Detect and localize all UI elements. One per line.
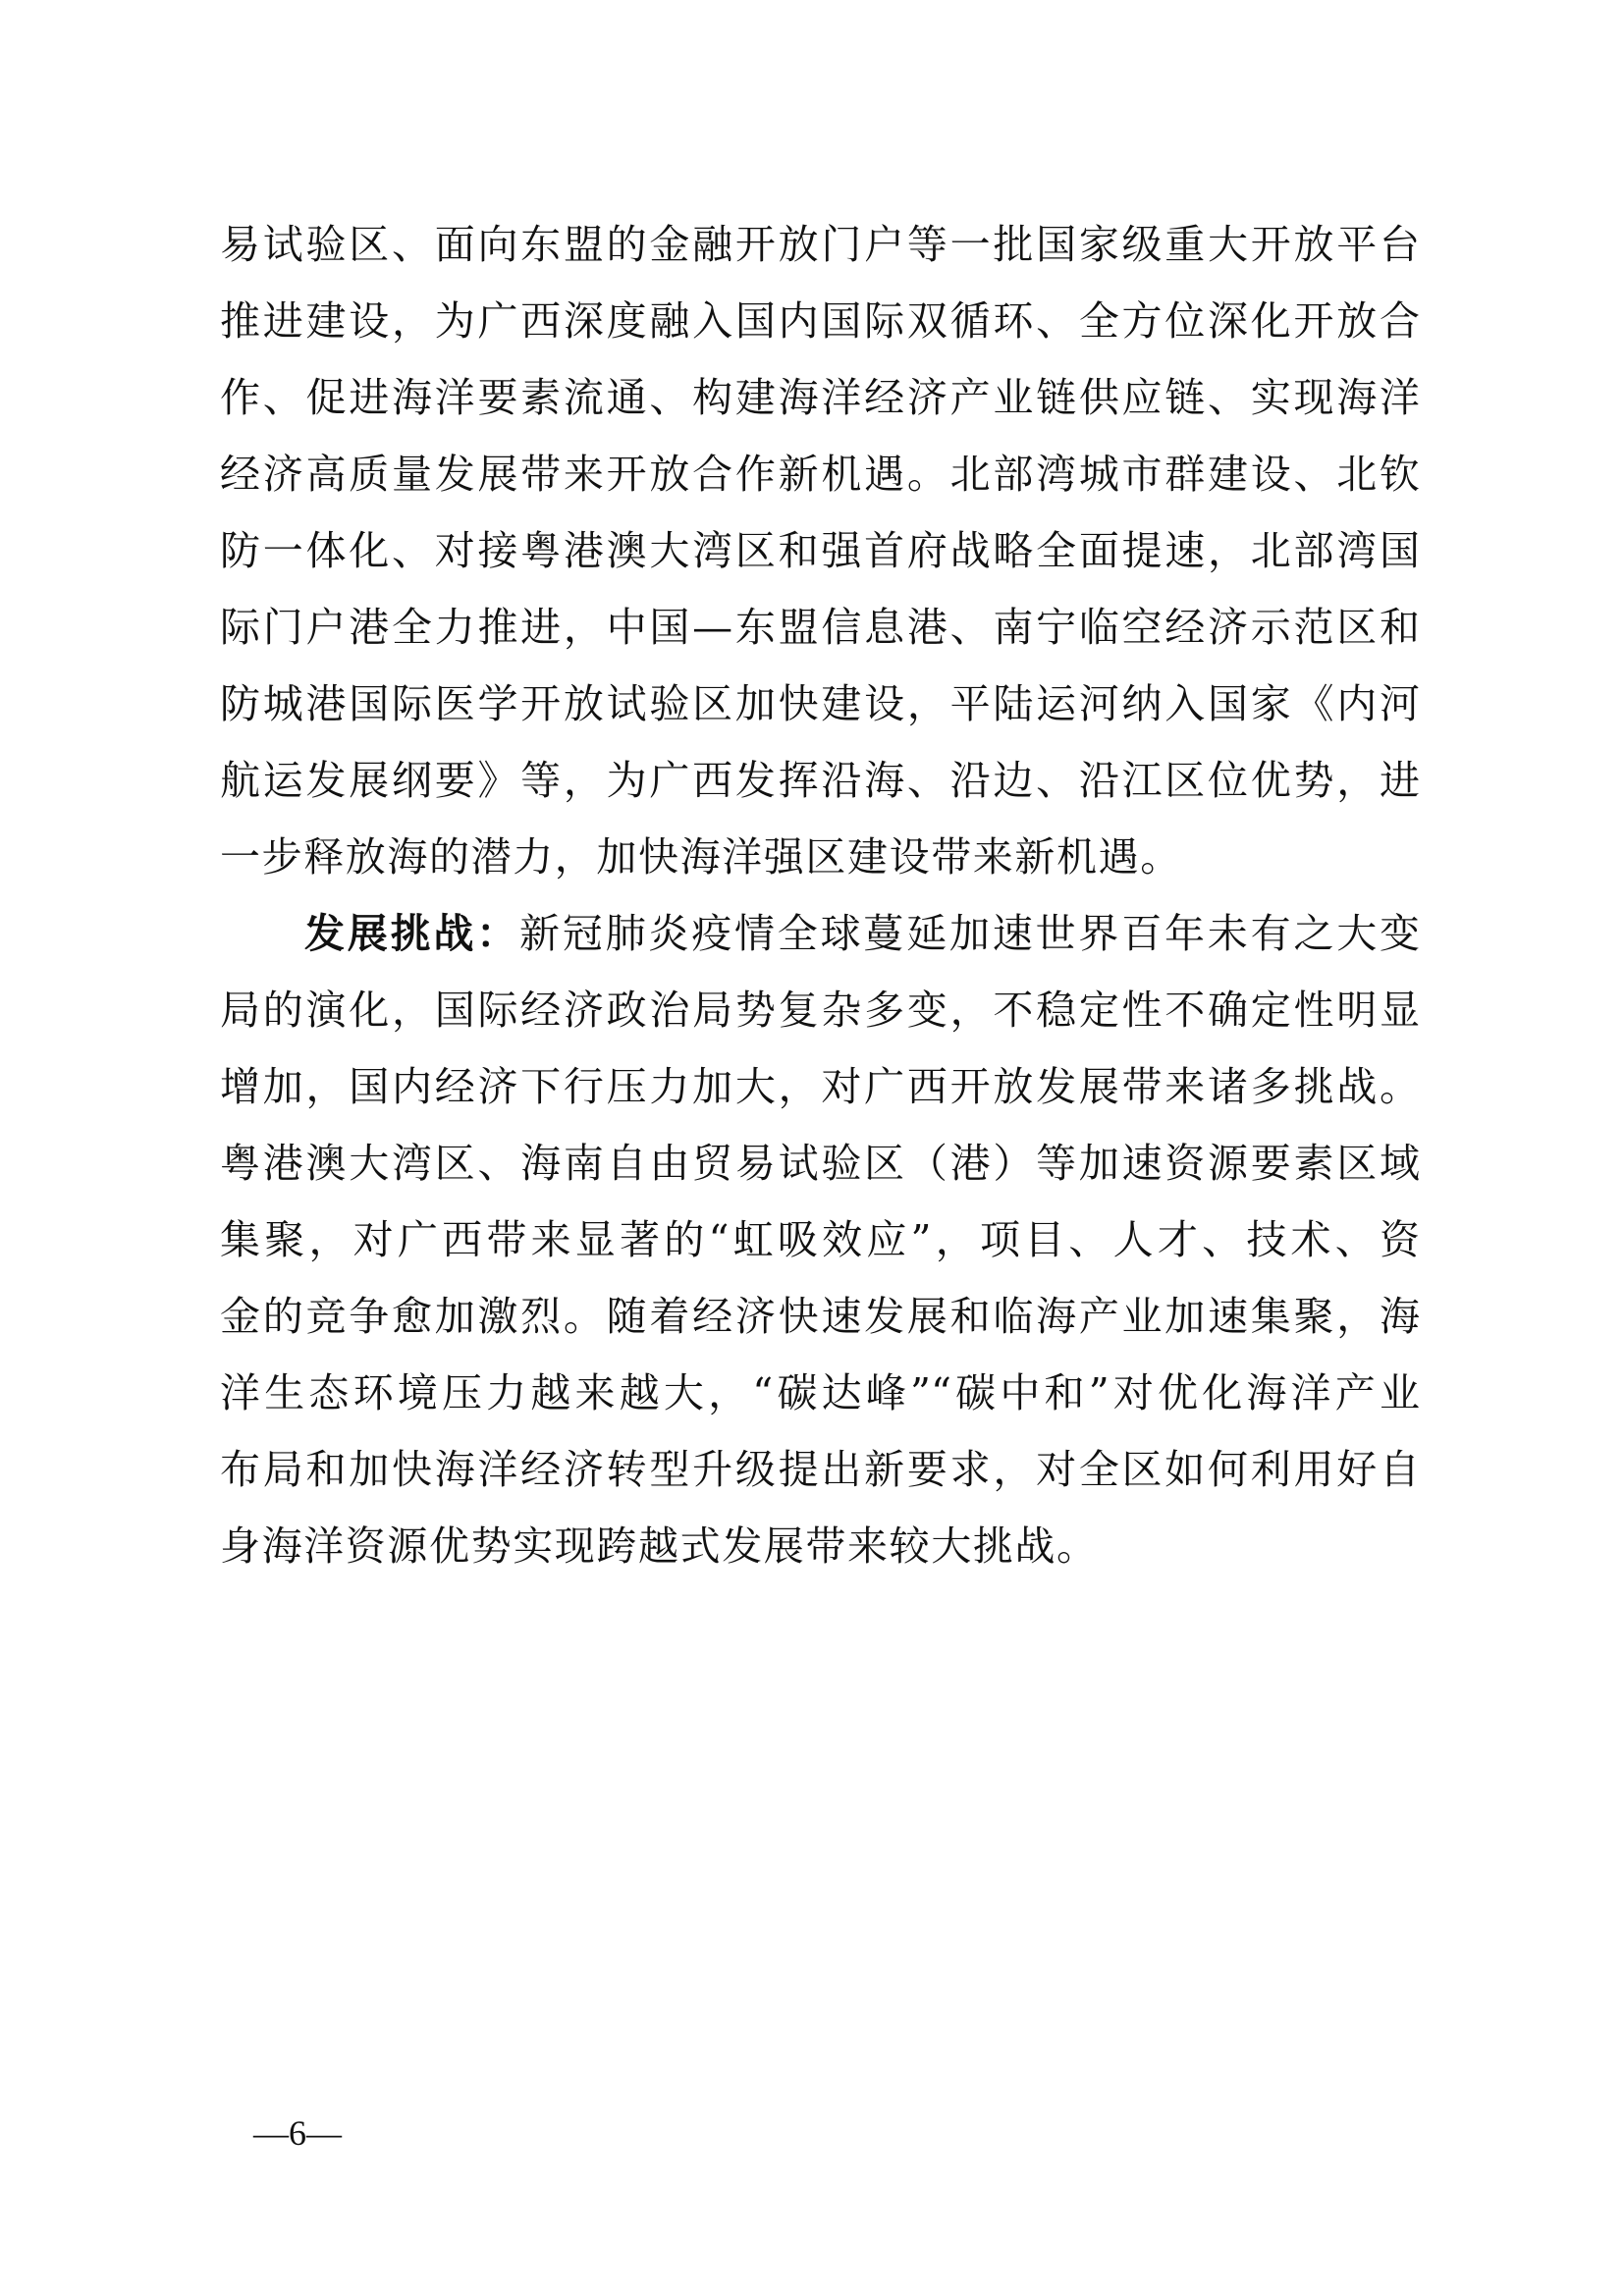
text-line: 洋生态环境压力越来越大，“碳达峰”“碳中和”对优化海洋产业	[220, 1362, 1420, 1439]
text-line: 局的演化，国际经济政治局势复杂多变，不稳定性不确定性明显	[220, 980, 1420, 1056]
text-line: 防一体化、对接粤港澳大湾区和强首府战略全面提速，北部湾国	[220, 520, 1420, 597]
text-line-rest: 新冠肺炎疫情全球蔓延加速世界百年未有之大变	[519, 910, 1420, 957]
text-line: 布局和加快海洋经济转型升级提出新要求，对全区如何利用好自	[220, 1439, 1420, 1516]
paragraph-development-challenges: 发展挑战：新冠肺炎疫情全球蔓延加速世界百年未有之大变 局的演化，国际经济政治局势…	[220, 903, 1420, 1592]
text-line-lead: 发展挑战：新冠肺炎疫情全球蔓延加速世界百年未有之大变	[220, 903, 1420, 980]
text-line: 防城港国际医学开放试验区加快建设，平陆运河纳入国家《内河	[220, 673, 1420, 750]
text-line: 易试验区、面向东盟的金融开放门户等一批国家级重大开放平台	[220, 214, 1420, 291]
text-line: 经济高质量发展带来开放合作新机遇。北部湾城市群建设、北钦	[220, 444, 1420, 520]
paragraph-opportunities: 易试验区、面向东盟的金融开放门户等一批国家级重大开放平台 推进建设，为广西深度融…	[220, 214, 1420, 903]
text-line: 增加，国内经济下行压力加大，对广西开放发展带来诸多挑战。	[220, 1056, 1420, 1133]
text-line: 金的竞争愈加激烈。随着经济快速发展和临海产业加速集聚，海	[220, 1286, 1420, 1362]
page-number: —6—	[253, 2112, 342, 2154]
text-line: 作、促进海洋要素流通、构建海洋经济产业链供应链、实现海洋	[220, 367, 1420, 444]
document-page: 易试验区、面向东盟的金融开放门户等一批国家级重大开放平台 推进建设，为广西深度融…	[0, 0, 1624, 2296]
text-line: 际门户港全力推进，中国—东盟信息港、南宁临空经济示范区和	[220, 597, 1420, 673]
text-line: 粤港澳大湾区、海南自由贸易试验区（港）等加速资源要素区域	[220, 1133, 1420, 1209]
body-text: 易试验区、面向东盟的金融开放门户等一批国家级重大开放平台 推进建设，为广西深度融…	[220, 214, 1420, 1592]
text-line: 推进建设，为广西深度融入国内国际双循环、全方位深化开放合	[220, 291, 1420, 367]
text-line: 集聚，对广西带来显著的“虹吸效应”，项目、人才、技术、资	[220, 1209, 1420, 1286]
text-line: 身海洋资源优势实现跨越式发展带来较大挑战。	[220, 1516, 1420, 1592]
paragraph-lead-heading: 发展挑战：	[304, 910, 519, 957]
text-line: 航运发展纲要》等，为广西发挥沿海、沿边、沿江区位优势，进	[220, 750, 1420, 827]
text-line: 一步释放海的潜力，加快海洋强区建设带来新机遇。	[220, 827, 1420, 903]
